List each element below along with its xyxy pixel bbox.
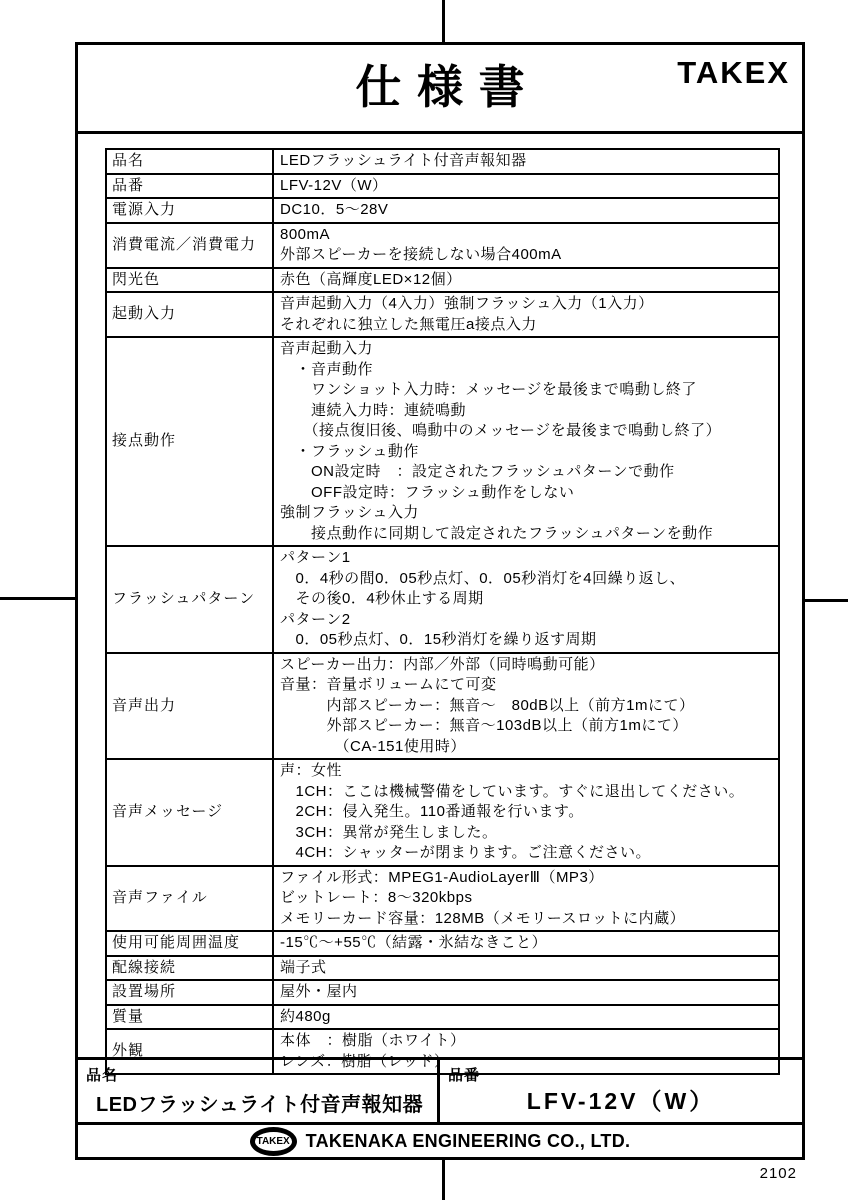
footer-product-name-value: LEDフラッシュライト付音声報知器 bbox=[86, 1088, 429, 1117]
spec-row-operating-temperature: 使用可能周囲温度 -15℃～+55℃（結露・氷結なきこと） bbox=[106, 931, 779, 956]
spec-row-weight: 質量 約480g bbox=[106, 1005, 779, 1030]
spec-value: 声：女性 1CH：ここは機械警備をしています。すぐに退出してください。 2CH：… bbox=[273, 759, 779, 866]
spec-row-model: 品番 LFV-12V（W） bbox=[106, 174, 779, 199]
spec-row-current-consumption: 消費電流／消費電力 800mA 外部スピーカーを接続しない場合400mA bbox=[106, 223, 779, 268]
spec-table: 品名 LEDフラッシュライト付音声報知器 品番 LFV-12V（W） 電源入力 … bbox=[105, 148, 780, 1075]
spec-label: 閃光色 bbox=[106, 268, 273, 293]
spec-label: 配線接続 bbox=[106, 956, 273, 981]
company-name: TAKENAKA ENGINEERING CO., LTD. bbox=[306, 1131, 631, 1152]
spec-value: DC10．5～28V bbox=[273, 198, 779, 223]
spec-label: 音声ファイル bbox=[106, 866, 273, 932]
document-header: 仕様書 TAKEX bbox=[78, 45, 802, 134]
spec-row-audio-output: 音声出力 スピーカー出力：内部／外部（同時鳴動可能） 音量：音量ボリュームにて可… bbox=[106, 653, 779, 760]
spec-row-wiring: 配線接続 端子式 bbox=[106, 956, 779, 981]
spec-value: 屋外・屋内 bbox=[273, 980, 779, 1005]
spec-row-installation-place: 設置場所 屋外・屋内 bbox=[106, 980, 779, 1005]
spec-value: 端子式 bbox=[273, 956, 779, 981]
spec-label: 設置場所 bbox=[106, 980, 273, 1005]
spec-label: 起動入力 bbox=[106, 292, 273, 337]
spec-label: 使用可能周囲温度 bbox=[106, 931, 273, 956]
spec-value: 音声起動入力（4入力）強制フラッシュ入力（1入力） それぞれに独立した無電圧a接… bbox=[273, 292, 779, 337]
spec-label: 消費電流／消費電力 bbox=[106, 223, 273, 268]
spec-label: 品名 bbox=[106, 149, 273, 174]
footer-model-value: LFV-12V（W） bbox=[448, 1083, 794, 1116]
takex-logo: TAKEX bbox=[677, 55, 790, 91]
spec-row-audio-file: 音声ファイル ファイル形式：MPEG1-AudioLayerⅢ（MP3） ビット… bbox=[106, 866, 779, 932]
spec-value: 約480g bbox=[273, 1005, 779, 1030]
takex-badge-icon: TAKEX bbox=[250, 1127, 297, 1156]
spec-label: 品番 bbox=[106, 174, 273, 199]
crop-mark-right bbox=[803, 599, 848, 602]
spec-row-power-input: 電源入力 DC10．5～28V bbox=[106, 198, 779, 223]
takex-badge-text: TAKEX bbox=[257, 1136, 290, 1147]
spec-row-trigger-input: 起動入力 音声起動入力（4入力）強制フラッシュ入力（1入力） それぞれに独立した… bbox=[106, 292, 779, 337]
footer-product-name-label: 品名 bbox=[86, 1064, 429, 1085]
page-number: 2102 bbox=[760, 1165, 797, 1182]
crop-mark-top bbox=[442, 0, 445, 44]
spec-value: 赤色（高輝度LED×12個） bbox=[273, 268, 779, 293]
spec-value: LFV-12V（W） bbox=[273, 174, 779, 199]
spec-sheet-page: 仕様書 TAKEX 品名 LEDフラッシュライト付音声報知器 品番 LFV-12… bbox=[0, 0, 848, 1200]
company-banner: TAKEX TAKENAKA ENGINEERING CO., LTD. bbox=[78, 1125, 802, 1157]
crop-mark-bottom bbox=[442, 1158, 445, 1200]
spec-row-contact-operation: 接点動作 音声起動入力 ・音声動作 ワンショット入力時：メッセージを最後まで鳴動… bbox=[106, 337, 779, 546]
spec-label: 質量 bbox=[106, 1005, 273, 1030]
spec-value: LEDフラッシュライト付音声報知器 bbox=[273, 149, 779, 174]
spec-value: 800mA 外部スピーカーを接続しない場合400mA bbox=[273, 223, 779, 268]
spec-label: 音声メッセージ bbox=[106, 759, 273, 866]
footer-product-name-cell: 品名 LEDフラッシュライト付音声報知器 bbox=[78, 1060, 440, 1122]
spec-value: ファイル形式：MPEG1-AudioLayerⅢ（MP3） ビットレート：8～3… bbox=[273, 866, 779, 932]
spec-row-voice-messages: 音声メッセージ 声：女性 1CH：ここは機械警備をしています。すぐに退出してくだ… bbox=[106, 759, 779, 866]
spec-label: 電源入力 bbox=[106, 198, 273, 223]
spec-value: -15℃～+55℃（結露・氷結なきこと） bbox=[273, 931, 779, 956]
spec-value: スピーカー出力：内部／外部（同時鳴動可能） 音量：音量ボリュームにて可変 内部ス… bbox=[273, 653, 779, 760]
footer-model-label: 品番 bbox=[448, 1064, 794, 1085]
spec-row-product-name: 品名 LEDフラッシュライト付音声報知器 bbox=[106, 149, 779, 174]
document-frame: 仕様書 TAKEX 品名 LEDフラッシュライト付音声報知器 品番 LFV-12… bbox=[75, 42, 805, 1160]
footer-model-cell: 品番 LFV-12V（W） bbox=[440, 1060, 802, 1122]
footer-summary: 品名 LEDフラッシュライト付音声報知器 品番 LFV-12V（W） bbox=[78, 1057, 802, 1125]
spec-label: 接点動作 bbox=[106, 337, 273, 546]
crop-mark-left bbox=[0, 597, 77, 600]
spec-value: パターン1 0．4秒の間0．05秒点灯、0．05秒消灯を4回繰り返し、 その後0… bbox=[273, 546, 779, 653]
spec-row-flash-color: 閃光色 赤色（高輝度LED×12個） bbox=[106, 268, 779, 293]
spec-row-flash-pattern: フラッシュパターン パターン1 0．4秒の間0．05秒点灯、0．05秒消灯を4回… bbox=[106, 546, 779, 653]
spec-value: 音声起動入力 ・音声動作 ワンショット入力時：メッセージを最後まで鳴動し終了 連… bbox=[273, 337, 779, 546]
spec-label: フラッシュパターン bbox=[106, 546, 273, 653]
spec-label: 音声出力 bbox=[106, 653, 273, 760]
